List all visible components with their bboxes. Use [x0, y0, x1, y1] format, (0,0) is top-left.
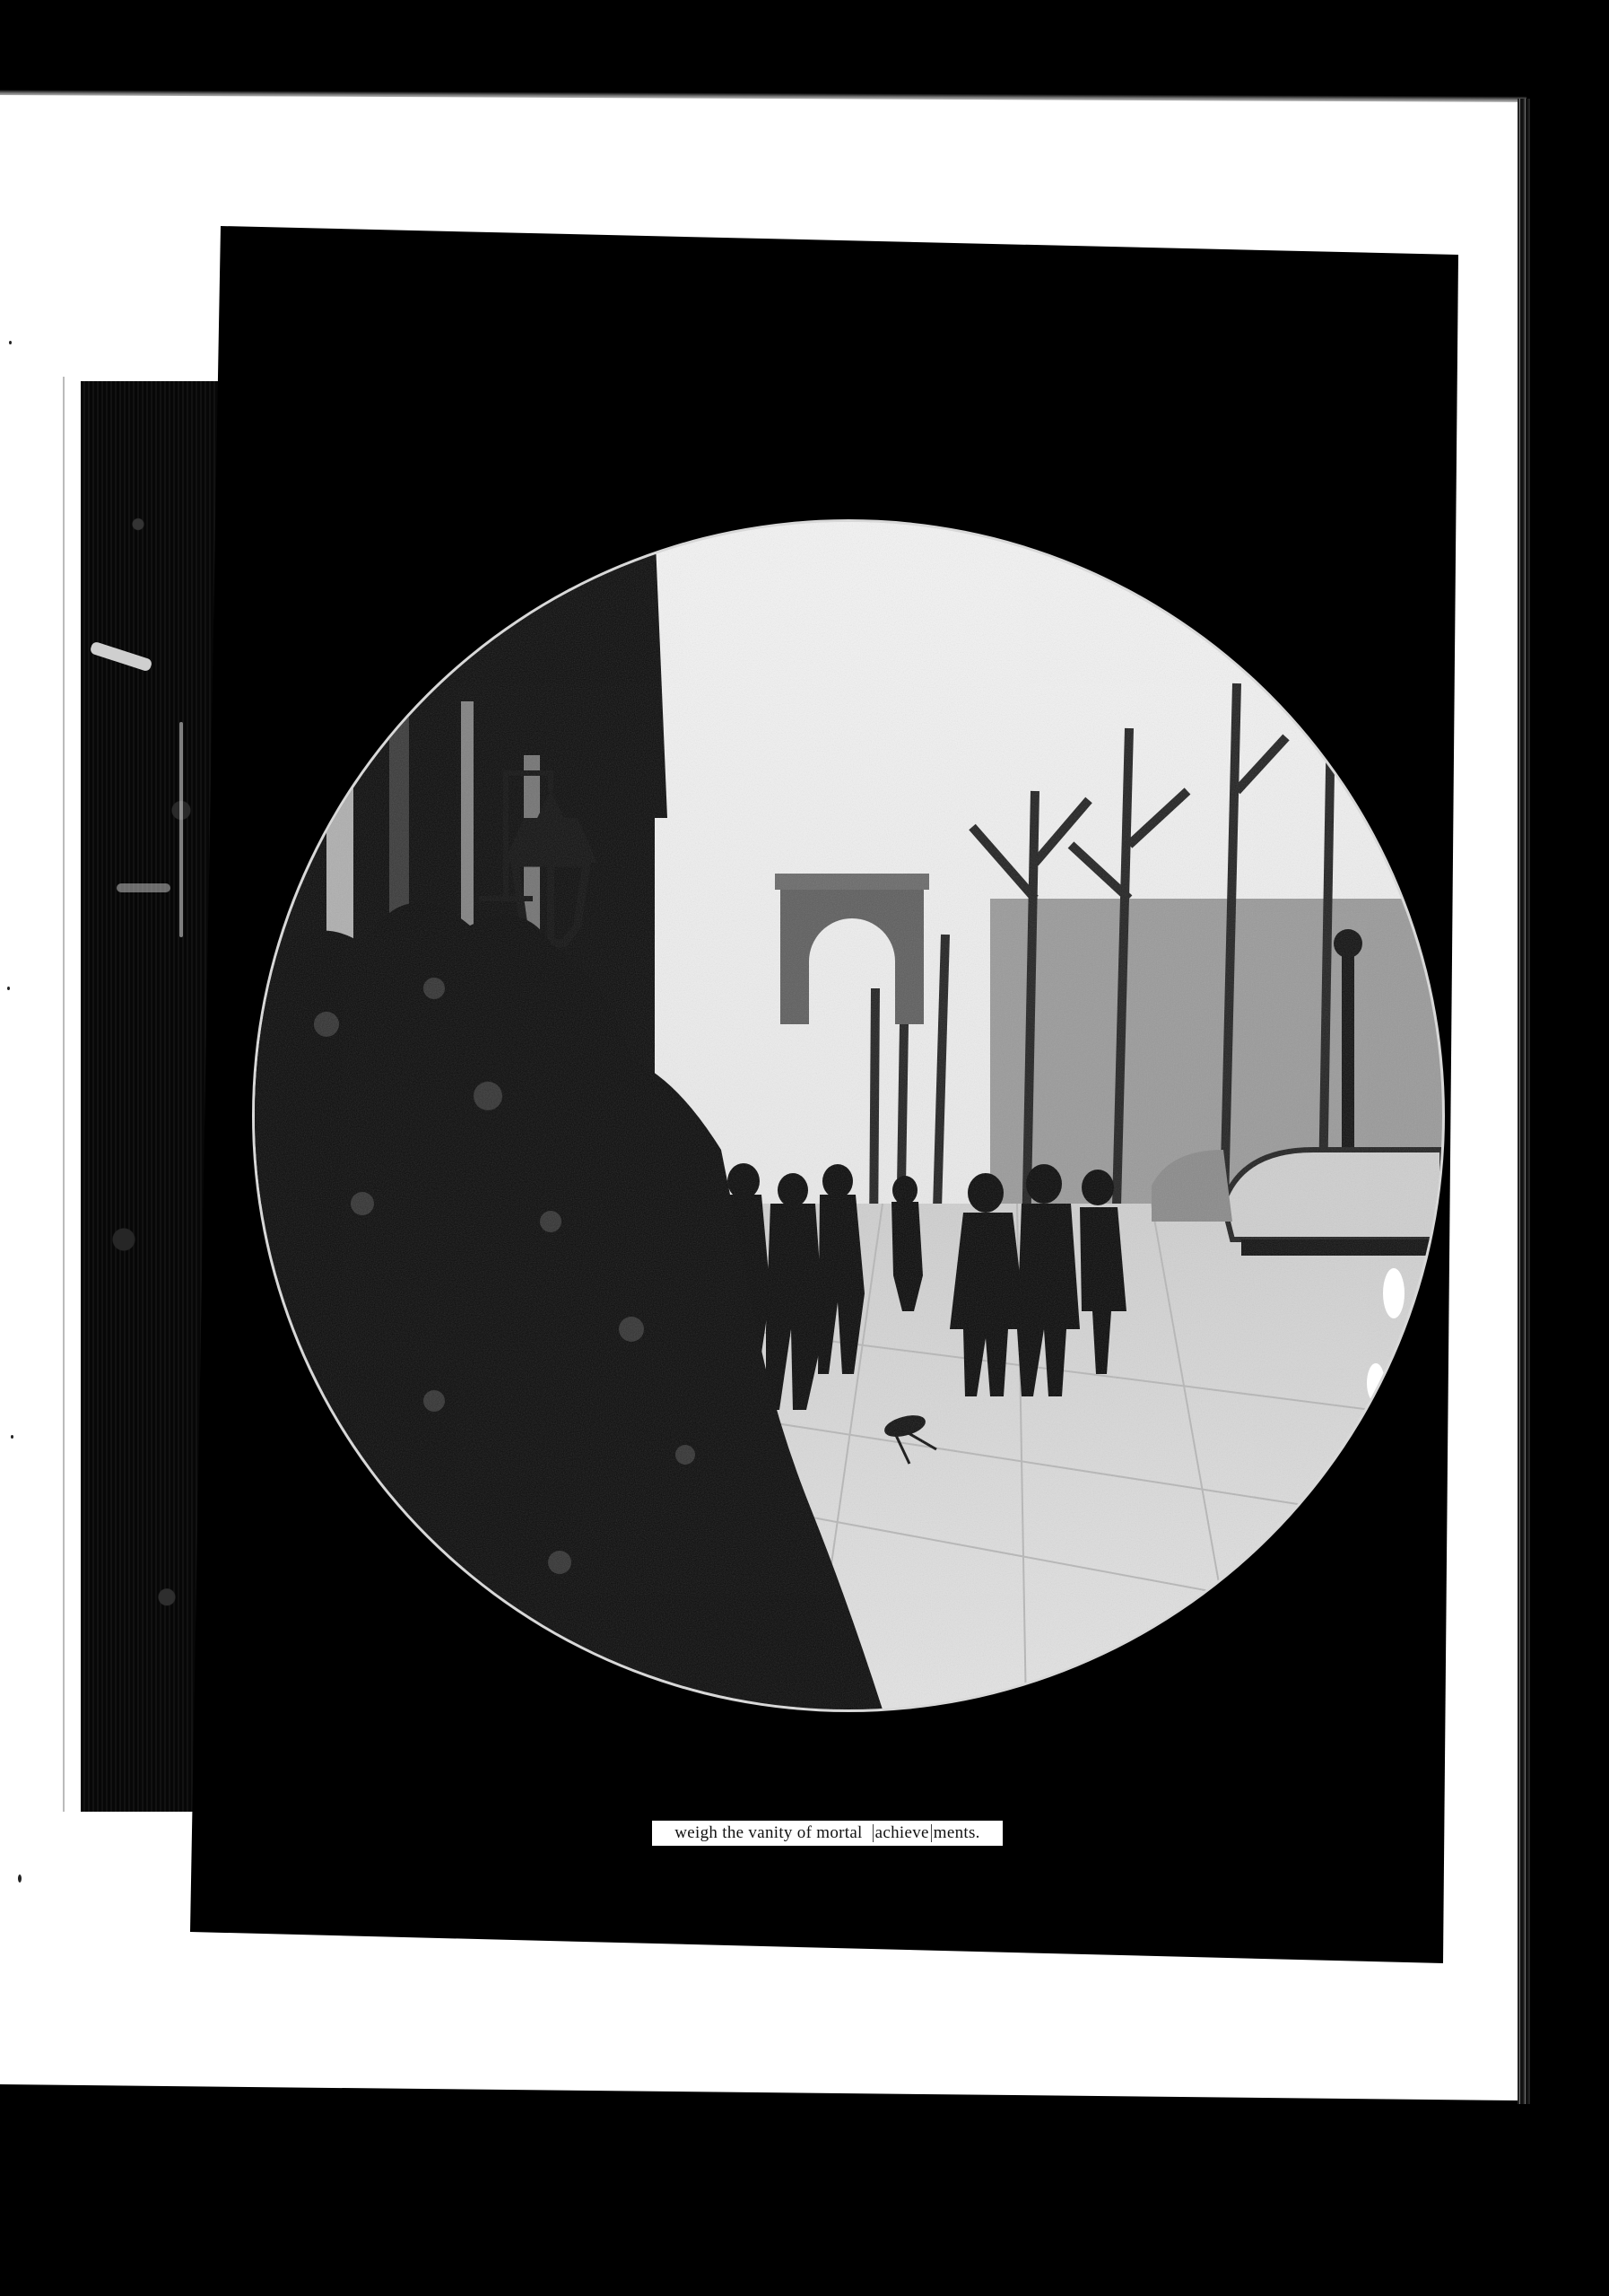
- dust-speck: [7, 987, 10, 990]
- circular-photo: [255, 522, 1442, 1709]
- street-scene-illustration: [255, 522, 1442, 1709]
- dust-speck: [9, 341, 12, 344]
- highlight-streak: [90, 641, 153, 673]
- paper-right-edge: [1518, 99, 1530, 2104]
- caption-fragment: achieve: [875, 1823, 929, 1843]
- collage-caption: weigh the vanity of mortal achieve ments…: [652, 1821, 1003, 1846]
- highlight-streak: [179, 722, 183, 937]
- cut-line: [931, 1824, 932, 1842]
- caption-fragment: weigh the vanity of mortal: [674, 1823, 862, 1843]
- cut-line: [873, 1824, 874, 1842]
- caption-fragment: ments.: [934, 1823, 980, 1843]
- fold-line: [63, 377, 65, 1812]
- dust-speck: [18, 1874, 22, 1883]
- highlight-streak: [117, 883, 170, 892]
- dust-speck: [11, 1435, 13, 1439]
